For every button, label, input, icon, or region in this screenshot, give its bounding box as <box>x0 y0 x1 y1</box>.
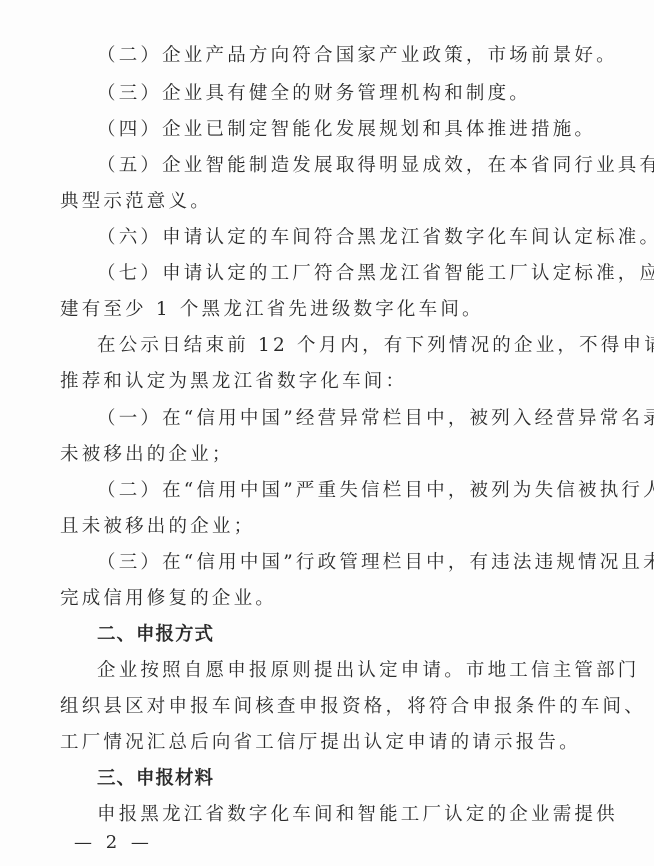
text-line: 企业按照自愿申报原则提出认定申请。市地工信主管部门 <box>97 659 584 683</box>
text-line: （一）在“信用中国”经营异常栏目中，被列入经营异常名录且 <box>97 407 584 431</box>
document-page: （二）企业产品方向符合国家产业政策，市场前景好。（三）企业具有健全的财务管理机构… <box>0 0 654 866</box>
text-line: 组织县区对申报车间核查申报资格，将符合申报条件的车间、 <box>60 695 584 719</box>
text-line: （三）在“信用中国”行政管理栏目中，有违法违规情况且未 <box>97 551 584 575</box>
text-line: （五）企业智能制造发展取得明显成效，在本省同行业具有 <box>97 154 584 178</box>
page-number: — 2 — <box>74 832 153 853</box>
text-line: 推荐和认定为黑龙江省数字化车间： <box>60 370 584 394</box>
text-line: （四）企业已制定智能化发展规划和具体推进措施。 <box>97 118 584 142</box>
text-line: 申报黑龙江省数字化车间和智能工厂认定的企业需提供 <box>97 803 584 827</box>
text-line: （二）企业产品方向符合国家产业政策，市场前景好。 <box>97 44 584 68</box>
text-line: （七）申请认定的工厂符合黑龙江省智能工厂认定标准，应 <box>97 262 584 286</box>
text-line: （三）企业具有健全的财务管理机构和制度。 <box>97 82 584 106</box>
text-line: 且未被移出的企业； <box>60 515 584 539</box>
text-line: 完成信用修复的企业。 <box>60 587 584 611</box>
text-line: 在公示日结束前 12 个月内，有下列情况的企业，不得申请、 <box>97 334 584 358</box>
text-line: （二）在“信用中国”严重失信栏目中，被列为失信被执行人 <box>97 479 584 503</box>
text-line: 工厂情况汇总后向省工信厅提出认定申请的请示报告。 <box>60 731 584 755</box>
text-line: 建有至少 1 个黑龙江省先进级数字化车间。 <box>60 298 584 322</box>
text-line: （六）申请认定的车间符合黑龙江省数字化车间认定标准。 <box>97 226 584 250</box>
text-line: 典型示范意义。 <box>60 190 584 214</box>
text-line: 未被移出的企业； <box>60 443 584 467</box>
section-heading-application-method: 二、申报方式 <box>97 623 584 647</box>
section-heading-application-materials: 三、申报材料 <box>97 767 584 791</box>
